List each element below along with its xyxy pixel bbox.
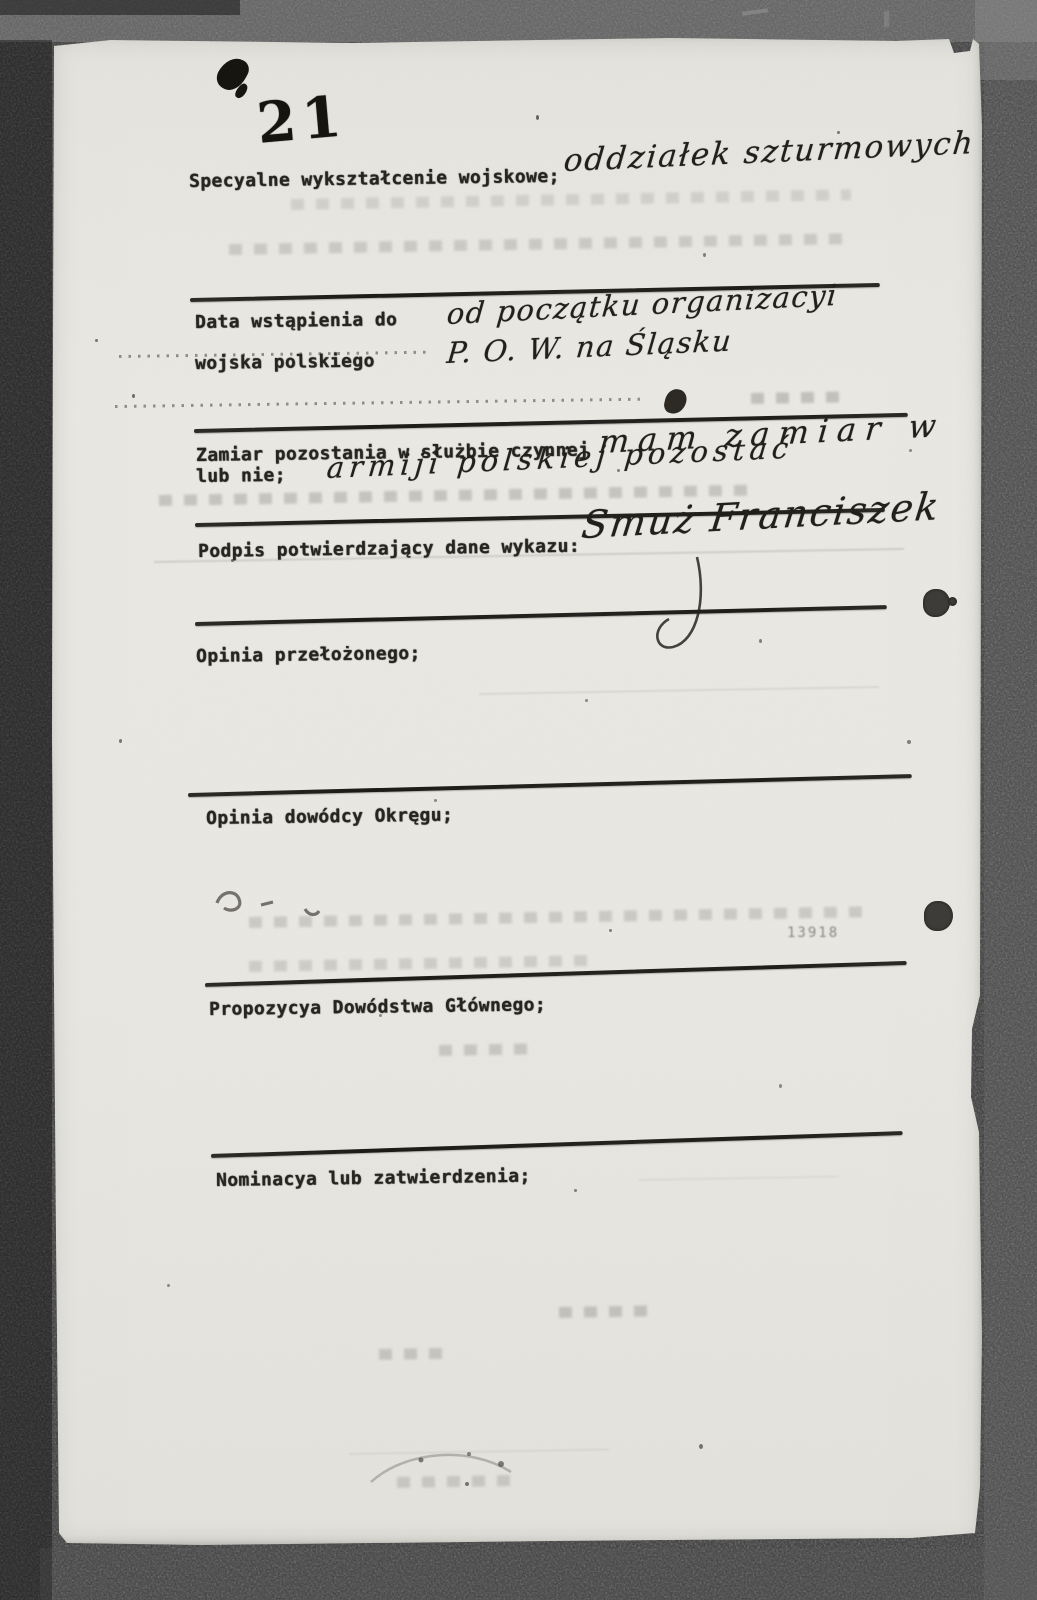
speck (759, 639, 762, 643)
bleed-through-text (751, 391, 847, 404)
speck (167, 1284, 170, 1287)
dotted-line (115, 398, 645, 408)
page-number: 21 (254, 83, 349, 157)
faint-scan-line (479, 686, 879, 695)
field-label-enlistment-date-1: Data wstąpienia do (195, 309, 398, 333)
bleed-through-text (249, 955, 589, 972)
speck (95, 339, 98, 342)
smudge-mark (351, 1432, 561, 1502)
bleed-through-text (249, 906, 869, 928)
handwritten-enlistment-1: od początku organizacyi (445, 278, 839, 331)
speck (703, 253, 706, 257)
speck (837, 131, 840, 134)
ruled-line (188, 774, 912, 797)
speck (379, 1014, 382, 1017)
field-label-superior-opinion: Opinia przełożonego; (196, 643, 421, 667)
paper-grain-texture (51, 37, 983, 1546)
speck (536, 115, 539, 120)
scanned-document-photo: 21 Specyalne wykształcenie wojskowe; odd… (0, 0, 1037, 1600)
handwritten-special-training: oddziałek szturmowych (562, 125, 976, 179)
ruled-line (211, 1131, 903, 1158)
field-label-special-military-training: Specyalne wykształcenie wojskowe; (189, 166, 560, 192)
speck (699, 1444, 703, 1449)
document-page: 21 Specyalne wykształcenie wojskowe; odd… (51, 37, 983, 1546)
punch-hole-tail (948, 597, 957, 606)
handwritten-intent-2: armiji polskiej pozostać (325, 431, 794, 486)
speck (574, 1189, 577, 1192)
speck (609, 929, 612, 932)
speck (465, 1482, 469, 1486)
faint-scan-line (349, 1448, 609, 1455)
bleed-through-text (229, 233, 849, 255)
bleed-through-text (379, 1348, 445, 1360)
handwritten-enlistment-2: P. O. W. na Śląsku (445, 323, 734, 370)
bleed-through-number: 13918 (787, 925, 839, 941)
field-label-hq-proposal: Propozycya Dowódstwa Głównego; (209, 994, 546, 1020)
faint-scan-line (639, 1176, 839, 1181)
bleed-through-text (397, 1475, 515, 1488)
signature-flourish (611, 537, 751, 677)
speck (132, 394, 135, 398)
faint-pencil-marks (209, 877, 369, 937)
bleed-through-text (559, 1305, 649, 1318)
speck (779, 1084, 782, 1088)
field-label-district-commander-opinion: Opinia dowódcy Okręgu; (206, 805, 453, 829)
speck (617, 469, 620, 472)
ruled-line (195, 605, 887, 626)
speck (119, 739, 122, 743)
field-label-intent-to-stay-2: lub nie; (196, 465, 286, 487)
field-label-nomination: Nominacya lub zatwierdzenia; (216, 1166, 531, 1191)
bleed-through-text (291, 189, 851, 210)
speck (907, 740, 911, 744)
speck (585, 699, 588, 702)
bleed-through-text (439, 1043, 535, 1056)
ink-smudge (662, 387, 688, 416)
speck (231, 559, 234, 562)
speck (434, 799, 437, 802)
speck (909, 449, 912, 452)
